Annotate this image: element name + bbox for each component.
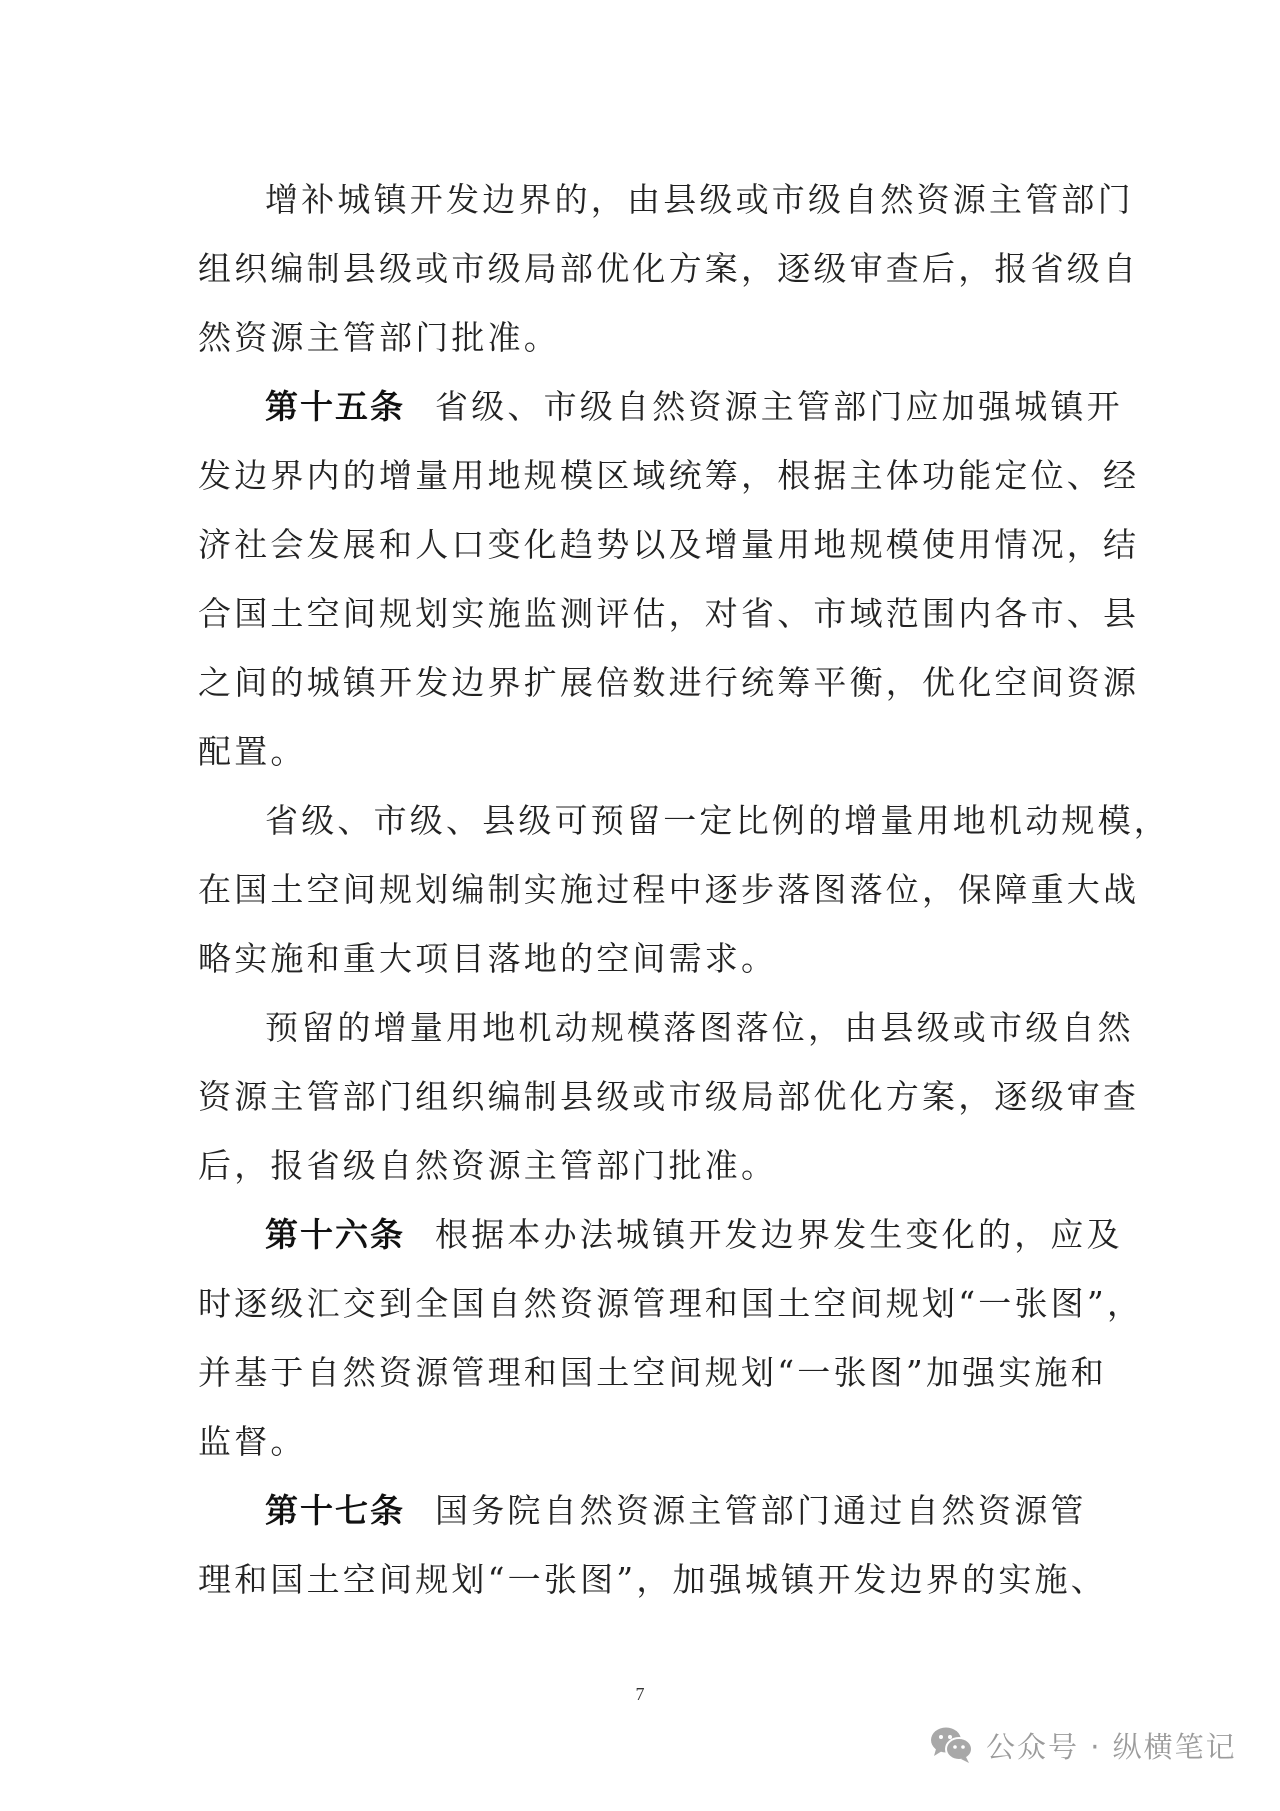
text-line: 资源主管部门组织编制县级或市级局部优化方案，逐级审查: [198, 1069, 1090, 1138]
wechat-icon: [930, 1726, 974, 1764]
text-line: 组织编制县级或市级局部优化方案，逐级审查后，报省级自: [198, 241, 1090, 310]
text-line: 合国土空间规划实施监测评估，对省、市域范围内各市、县: [198, 586, 1090, 655]
document-page: 增补城镇开发边界的，由县级或市级自然资源主管部门 组织编制县级或市级局部优化方案…: [0, 0, 1280, 1811]
article-number: 第十五条: [265, 387, 405, 426]
text-line: 在国土空间规划编制实施过程中逐步落图落位，保障重大战: [198, 862, 1090, 931]
text-line: 时逐级汇交到全国自然资源管理和国土空间规划“一张图”，: [198, 1276, 1090, 1345]
text-line: 配置。: [198, 724, 1090, 793]
article-15-line: 第十五条省级、市级自然资源主管部门应加强城镇开: [198, 379, 1090, 448]
article-16-line: 第十六条根据本办法城镇开发边界发生变化的，应及: [198, 1207, 1090, 1276]
article-number: 第十六条: [265, 1215, 405, 1254]
text-line: 之间的城镇开发边界扩展倍数进行统筹平衡，优化空间资源: [198, 655, 1090, 724]
page-number: 7: [630, 1684, 650, 1705]
text-line: 后，报省级自然资源主管部门批准。: [198, 1138, 1090, 1207]
article-number: 第十七条: [265, 1491, 405, 1530]
text-line: 发边界内的增量用地规模区域统筹，根据主体功能定位、经: [198, 448, 1090, 517]
text-line: 然资源主管部门批准。: [198, 310, 1090, 379]
watermark-text: 公众号 · 纵横笔记: [986, 1725, 1237, 1766]
article-17-line: 第十七条国务院自然资源主管部门通过自然资源管: [198, 1483, 1090, 1552]
text-line: 并基于自然资源管理和国土空间规划“一张图”加强实施和: [198, 1345, 1090, 1414]
document-body: 增补城镇开发边界的，由县级或市级自然资源主管部门 组织编制县级或市级局部优化方案…: [198, 172, 1090, 1621]
text-line: 济社会发展和人口变化趋势以及增量用地规模使用情况，结: [198, 517, 1090, 586]
watermark: 公众号 · 纵横笔记: [930, 1725, 1237, 1765]
text-line: 增补城镇开发边界的，由县级或市级自然资源主管部门: [198, 172, 1090, 241]
text-line: 监督。: [198, 1414, 1090, 1483]
text-line: 省级、市级、县级可预留一定比例的增量用地机动规模，: [198, 793, 1090, 862]
text-line: 略实施和重大项目落地的空间需求。: [198, 931, 1090, 1000]
text-line: 理和国土空间规划“一张图”，加强城镇开发边界的实施、: [198, 1552, 1090, 1621]
text-line: 预留的增量用地机动规模落图落位，由县级或市级自然: [198, 1000, 1090, 1069]
